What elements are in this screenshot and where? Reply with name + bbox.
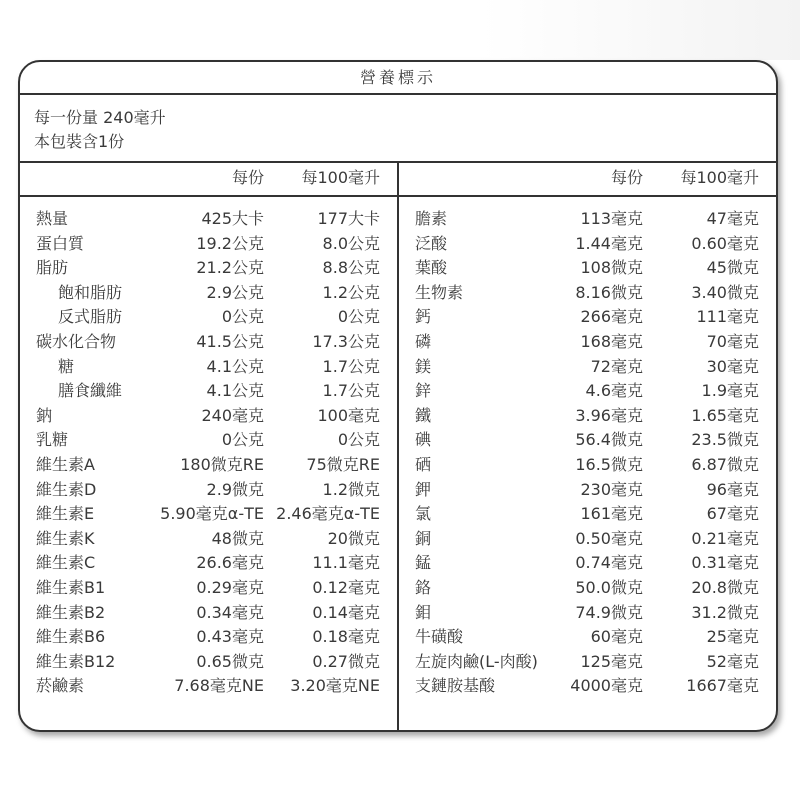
nutrient-row: 膽素113毫克47毫克 bbox=[399, 207, 776, 232]
value-per-serving: 0.74毫克 bbox=[575, 551, 643, 576]
nutrient-name: 糖 bbox=[58, 355, 74, 380]
nutrient-row: 鎂72毫克30毫克 bbox=[399, 355, 776, 380]
value-per-serving: 4.6毫克 bbox=[586, 379, 643, 404]
value-per-100ml: 8.0公克 bbox=[323, 232, 380, 257]
left-column-header: 每份 每100毫升 bbox=[20, 163, 399, 195]
nutrient-name: 乳糖 bbox=[36, 428, 68, 453]
value-per-100ml: 2.46毫克α-TE bbox=[276, 502, 380, 527]
nutrient-row: 支鏈胺基酸4000毫克1667毫克 bbox=[399, 674, 776, 699]
value-per-100ml: 0.14毫克 bbox=[312, 601, 380, 626]
nutrient-row: 乳糖0公克0公克 bbox=[20, 428, 397, 453]
value-per-100ml: 177大卡 bbox=[317, 207, 380, 232]
value-per-serving: 72毫克 bbox=[591, 355, 643, 380]
nutrient-name: 氯 bbox=[415, 502, 431, 527]
nutrient-row: 左旋肉鹼(L-肉酸)125毫克52毫克 bbox=[399, 650, 776, 675]
nutrient-name: 維生素C bbox=[36, 551, 95, 576]
nutrient-name: 鉬 bbox=[415, 601, 431, 626]
nutrition-label: 營養標示 每一份量 240毫升 本包裝含1份 每份 每100毫升 每份 每100… bbox=[18, 60, 778, 732]
value-per-100ml: 45微克 bbox=[707, 256, 759, 281]
nutrient-name: 銅 bbox=[415, 527, 431, 552]
value-per-serving: 60毫克 bbox=[591, 625, 643, 650]
nutrient-name: 鐵 bbox=[415, 404, 431, 429]
value-per-100ml: 0.31毫克 bbox=[691, 551, 759, 576]
servings-per-package: 本包裝含1份 bbox=[34, 130, 776, 154]
nutrient-row: 反式脂肪0公克0公克 bbox=[20, 305, 397, 330]
nutrient-row: 鈣266毫克111毫克 bbox=[399, 305, 776, 330]
value-per-100ml: 67毫克 bbox=[707, 502, 759, 527]
value-per-serving: 74.9微克 bbox=[575, 601, 643, 626]
value-per-100ml: 1.7公克 bbox=[323, 355, 380, 380]
value-per-serving: 1.44毫克 bbox=[575, 232, 643, 257]
value-per-100ml: 0.60毫克 bbox=[691, 232, 759, 257]
value-per-100ml: 3.40微克 bbox=[691, 281, 759, 306]
value-per-serving: 0.43毫克 bbox=[196, 625, 264, 650]
label-title: 營養標示 bbox=[20, 62, 776, 95]
value-per-serving: 0公克 bbox=[222, 428, 264, 453]
nutrient-name: 維生素K bbox=[36, 527, 95, 552]
value-per-serving: 19.2公克 bbox=[196, 232, 264, 257]
value-per-serving: 16.5微克 bbox=[575, 453, 643, 478]
value-per-serving: 0.65微克 bbox=[196, 650, 264, 675]
nutrient-row: 碳水化合物41.5公克17.3公克 bbox=[20, 330, 397, 355]
value-per-100ml: 20.8微克 bbox=[691, 576, 759, 601]
value-per-serving: 5.90毫克α-TE bbox=[160, 502, 264, 527]
value-per-serving: 113毫克 bbox=[580, 207, 643, 232]
nutrient-row: 鐵3.96毫克1.65毫克 bbox=[399, 404, 776, 429]
nutrient-name: 泛酸 bbox=[415, 232, 447, 257]
nutrient-row: 維生素C26.6毫克11.1毫克 bbox=[20, 551, 397, 576]
value-per-serving: 4.1公克 bbox=[207, 379, 264, 404]
value-per-100ml: 0公克 bbox=[338, 428, 380, 453]
nutrient-name: 維生素A bbox=[36, 453, 95, 478]
header-per-100ml: 每100毫升 bbox=[680, 163, 759, 193]
nutrient-row: 維生素E5.90毫克α-TE2.46毫克α-TE bbox=[20, 502, 397, 527]
value-per-serving: 4.1公克 bbox=[207, 355, 264, 380]
nutrient-row: 飽和脂肪2.9公克1.2公克 bbox=[20, 281, 397, 306]
value-per-serving: 0.50毫克 bbox=[575, 527, 643, 552]
value-per-serving: 48微克 bbox=[212, 527, 264, 552]
nutrient-row: 維生素B60.43毫克0.18毫克 bbox=[20, 625, 397, 650]
nutrient-row: 鉻50.0微克20.8微克 bbox=[399, 576, 776, 601]
nutrient-name: 鉻 bbox=[415, 576, 431, 601]
nutrient-name: 維生素B12 bbox=[36, 650, 115, 675]
value-per-serving: 4000毫克 bbox=[570, 674, 643, 699]
value-per-serving: 8.16微克 bbox=[575, 281, 643, 306]
value-per-serving: 425大卡 bbox=[201, 207, 264, 232]
nutrient-row: 維生素B20.34毫克0.14毫克 bbox=[20, 601, 397, 626]
value-per-100ml: 1.2公克 bbox=[323, 281, 380, 306]
nutrient-name: 碳水化合物 bbox=[36, 330, 116, 355]
nutrient-name: 維生素E bbox=[36, 502, 94, 527]
nutrient-row: 膳食纖維4.1公克1.7公克 bbox=[20, 379, 397, 404]
value-per-100ml: 0.27微克 bbox=[312, 650, 380, 675]
header-per-serving: 每份 bbox=[232, 163, 264, 193]
header-per-100ml: 每100毫升 bbox=[301, 163, 380, 193]
nutrient-row: 鉬74.9微克31.2微克 bbox=[399, 601, 776, 626]
nutrient-row: 牛磺酸60毫克25毫克 bbox=[399, 625, 776, 650]
nutrient-row: 維生素K48微克20微克 bbox=[20, 527, 397, 552]
value-per-100ml: 0公克 bbox=[338, 305, 380, 330]
value-per-100ml: 31.2微克 bbox=[691, 601, 759, 626]
value-per-100ml: 1.65毫克 bbox=[691, 404, 759, 429]
value-per-serving: 21.2公克 bbox=[196, 256, 264, 281]
value-per-serving: 180微克RE bbox=[180, 453, 264, 478]
nutrient-name: 磷 bbox=[415, 330, 431, 355]
column-header-row: 每份 每100毫升 每份 每100毫升 bbox=[20, 163, 776, 197]
nutrient-row: 氯161毫克67毫克 bbox=[399, 502, 776, 527]
value-per-serving: 7.68毫克NE bbox=[174, 674, 264, 699]
nutrient-name: 飽和脂肪 bbox=[58, 281, 122, 306]
header-per-serving: 每份 bbox=[611, 163, 643, 193]
value-per-100ml: 1.2微克 bbox=[323, 478, 380, 503]
value-per-serving: 3.96毫克 bbox=[575, 404, 643, 429]
nutrient-name: 蛋白質 bbox=[36, 232, 84, 257]
value-per-100ml: 20微克 bbox=[328, 527, 380, 552]
value-per-serving: 266毫克 bbox=[580, 305, 643, 330]
value-per-100ml: 30毫克 bbox=[707, 355, 759, 380]
value-per-100ml: 1.9毫克 bbox=[702, 379, 759, 404]
value-per-serving: 2.9微克 bbox=[207, 478, 264, 503]
nutrient-name: 鈉 bbox=[36, 404, 52, 429]
nutrient-row: 糖4.1公克1.7公克 bbox=[20, 355, 397, 380]
nutrient-row: 蛋白質19.2公克8.0公克 bbox=[20, 232, 397, 257]
nutrient-row: 維生素B120.65微克0.27微克 bbox=[20, 650, 397, 675]
nutrient-row: 熱量425大卡177大卡 bbox=[20, 207, 397, 232]
right-column-header: 每份 每100毫升 bbox=[399, 163, 776, 195]
nutrient-body: 熱量425大卡177大卡蛋白質19.2公克8.0公克脂肪21.2公克8.8公克飽… bbox=[20, 197, 776, 732]
nutrient-row: 維生素B10.29毫克0.12毫克 bbox=[20, 576, 397, 601]
nutrient-name: 維生素B2 bbox=[36, 601, 105, 626]
value-per-100ml: 111毫克 bbox=[696, 305, 759, 330]
value-per-100ml: 96毫克 bbox=[707, 478, 759, 503]
nutrient-row: 錳0.74毫克0.31毫克 bbox=[399, 551, 776, 576]
serving-size: 每一份量 240毫升 bbox=[34, 106, 776, 130]
nutrient-name: 菸鹼素 bbox=[36, 674, 84, 699]
value-per-serving: 168毫克 bbox=[580, 330, 643, 355]
nutrient-row: 鉀230毫克96毫克 bbox=[399, 478, 776, 503]
value-per-100ml: 23.5微克 bbox=[691, 428, 759, 453]
nutrient-name: 碘 bbox=[415, 428, 431, 453]
value-per-100ml: 0.18毫克 bbox=[312, 625, 380, 650]
nutrient-name: 熱量 bbox=[36, 207, 68, 232]
value-per-100ml: 8.8公克 bbox=[323, 256, 380, 281]
value-per-100ml: 100毫克 bbox=[317, 404, 380, 429]
value-per-serving: 0.29毫克 bbox=[196, 576, 264, 601]
nutrient-row: 維生素A180微克RE75微克RE bbox=[20, 453, 397, 478]
nutrient-name: 牛磺酸 bbox=[415, 625, 463, 650]
value-per-serving: 125毫克 bbox=[580, 650, 643, 675]
value-per-100ml: 75微克RE bbox=[306, 453, 380, 478]
serving-info: 每一份量 240毫升 本包裝含1份 bbox=[20, 95, 776, 163]
right-nutrient-column: 膽素113毫克47毫克泛酸1.44毫克0.60毫克葉酸108微克45微克生物素8… bbox=[399, 197, 776, 732]
nutrient-name: 支鏈胺基酸 bbox=[415, 674, 495, 699]
value-per-100ml: 11.1毫克 bbox=[312, 551, 380, 576]
nutrient-row: 鋅4.6毫克1.9毫克 bbox=[399, 379, 776, 404]
nutrient-name: 左旋肉鹼(L-肉酸) bbox=[415, 650, 538, 675]
nutrient-name: 錳 bbox=[415, 551, 431, 576]
value-per-100ml: 1.7公克 bbox=[323, 379, 380, 404]
nutrient-row: 銅0.50毫克0.21毫克 bbox=[399, 527, 776, 552]
nutrient-name: 硒 bbox=[415, 453, 431, 478]
nutrient-row: 碘56.4微克23.5微克 bbox=[399, 428, 776, 453]
nutrient-name: 生物素 bbox=[415, 281, 463, 306]
nutrient-name: 維生素D bbox=[36, 478, 96, 503]
nutrient-name: 維生素B6 bbox=[36, 625, 105, 650]
value-per-serving: 0公克 bbox=[222, 305, 264, 330]
nutrient-name: 脂肪 bbox=[36, 256, 68, 281]
value-per-100ml: 17.3公克 bbox=[312, 330, 380, 355]
value-per-serving: 108微克 bbox=[580, 256, 643, 281]
nutrient-row: 硒16.5微克6.87微克 bbox=[399, 453, 776, 478]
value-per-serving: 41.5公克 bbox=[196, 330, 264, 355]
nutrient-row: 菸鹼素7.68毫克NE3.20毫克NE bbox=[20, 674, 397, 699]
nutrient-name: 反式脂肪 bbox=[58, 305, 122, 330]
nutrient-name: 鈣 bbox=[415, 305, 431, 330]
nutrient-row: 泛酸1.44毫克0.60毫克 bbox=[399, 232, 776, 257]
value-per-serving: 2.9公克 bbox=[207, 281, 264, 306]
value-per-100ml: 0.12毫克 bbox=[312, 576, 380, 601]
nutrient-name: 維生素B1 bbox=[36, 576, 105, 601]
value-per-100ml: 6.87微克 bbox=[691, 453, 759, 478]
value-per-serving: 161毫克 bbox=[580, 502, 643, 527]
value-per-100ml: 52毫克 bbox=[707, 650, 759, 675]
value-per-serving: 0.34毫克 bbox=[196, 601, 264, 626]
value-per-100ml: 47毫克 bbox=[707, 207, 759, 232]
value-per-100ml: 70毫克 bbox=[707, 330, 759, 355]
value-per-100ml: 0.21毫克 bbox=[691, 527, 759, 552]
value-per-100ml: 1667毫克 bbox=[686, 674, 759, 699]
value-per-100ml: 25毫克 bbox=[707, 625, 759, 650]
value-per-serving: 240毫克 bbox=[201, 404, 264, 429]
nutrient-row: 脂肪21.2公克8.8公克 bbox=[20, 256, 397, 281]
value-per-100ml: 3.20毫克NE bbox=[290, 674, 380, 699]
nutrient-name: 鎂 bbox=[415, 355, 431, 380]
value-per-serving: 50.0微克 bbox=[575, 576, 643, 601]
value-per-serving: 230毫克 bbox=[580, 478, 643, 503]
value-per-serving: 56.4微克 bbox=[575, 428, 643, 453]
value-per-serving: 26.6毫克 bbox=[196, 551, 264, 576]
nutrient-name: 鉀 bbox=[415, 478, 431, 503]
nutrient-row: 鈉240毫克100毫克 bbox=[20, 404, 397, 429]
nutrient-name: 膽素 bbox=[415, 207, 447, 232]
nutrient-row: 維生素D2.9微克1.2微克 bbox=[20, 478, 397, 503]
nutrient-row: 磷168毫克70毫克 bbox=[399, 330, 776, 355]
nutrient-name: 葉酸 bbox=[415, 256, 447, 281]
nutrient-row: 葉酸108微克45微克 bbox=[399, 256, 776, 281]
nutrient-name: 鋅 bbox=[415, 379, 431, 404]
nutrient-name: 膳食纖維 bbox=[58, 379, 122, 404]
nutrient-row: 生物素8.16微克3.40微克 bbox=[399, 281, 776, 306]
left-nutrient-column: 熱量425大卡177大卡蛋白質19.2公克8.0公克脂肪21.2公克8.8公克飽… bbox=[20, 197, 399, 732]
page-background bbox=[0, 0, 800, 60]
